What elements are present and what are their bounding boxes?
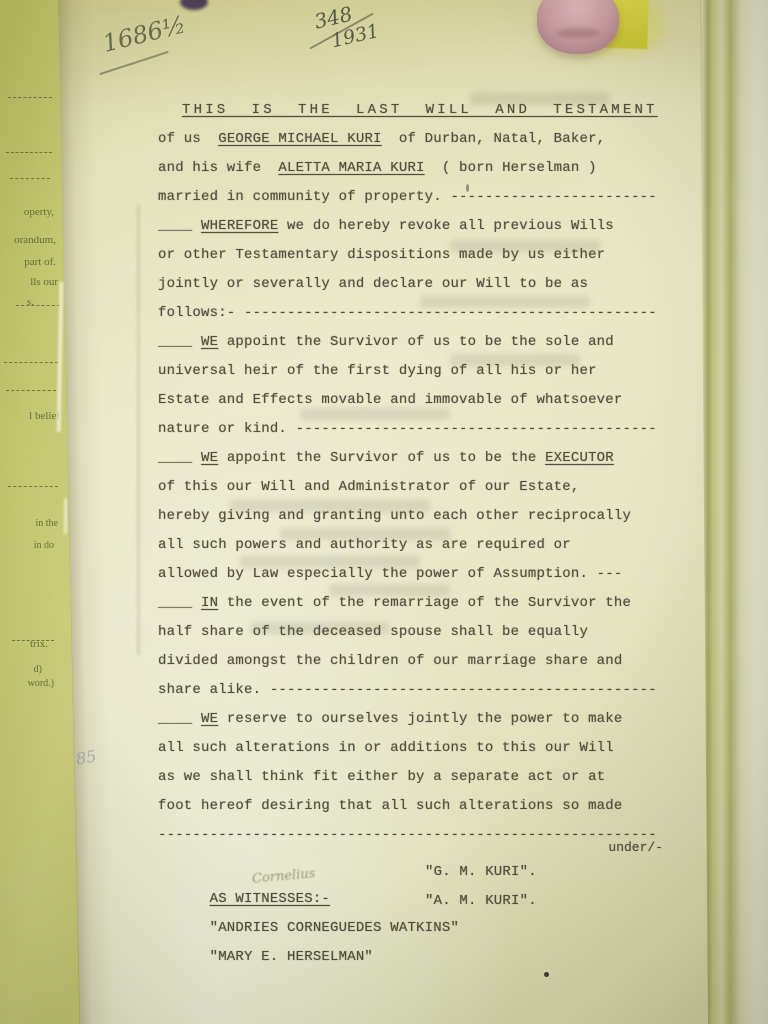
text-segment: ____	[158, 711, 201, 727]
signature-testatrix: "A. M. KURI".	[425, 887, 537, 916]
margin-fragment: in do	[0, 540, 54, 551]
will-line: as we shall think fit either by a separa…	[158, 763, 666, 792]
will-line: follows:- ------------------------------…	[158, 299, 666, 328]
finger-crease	[556, 28, 600, 38]
margin-fragment: orandum,	[0, 234, 56, 246]
text-segment: share alike. ---------------------------…	[158, 682, 657, 698]
will-line: foot hereof desiring that all such alter…	[158, 792, 666, 821]
text-segment: ____	[158, 595, 201, 611]
will-line: and his wife ALETTA MARIA KURI ( born He…	[158, 154, 666, 183]
document-photo: operty, orandum, part of. lls our s. l b…	[0, 0, 768, 1024]
margin-fragment: in the	[0, 518, 58, 529]
text-segment: as we shall think fit either by a separa…	[158, 769, 605, 785]
margin-fragment: d)	[0, 664, 42, 675]
will-line: share alike. ---------------------------…	[158, 676, 666, 705]
margin-fragment: l belief	[0, 410, 60, 422]
speck	[544, 972, 549, 977]
keyword: WE	[201, 711, 218, 727]
witness-name-2: "MARY E. HERSELMAN"	[210, 949, 373, 965]
text-segment: foot hereof desiring that all such alter…	[158, 798, 622, 814]
keyword-executor: EXECUTOR	[545, 450, 614, 466]
page-crease	[137, 205, 140, 655]
will-line: divided amongst the children of our marr…	[158, 647, 666, 676]
text-segment: reserve to ourselves jointly the power t…	[218, 711, 622, 727]
will-line: Estate and Effects movable and immovable…	[158, 386, 666, 415]
text-segment: appoint the Survivor of us to be the	[218, 450, 545, 466]
keyword: WE	[201, 334, 218, 350]
text-segment: ____	[158, 334, 201, 350]
signature-testator: "G. M. KURI".	[425, 858, 537, 887]
margin-rule	[10, 178, 50, 179]
will-line: ____ WE reserve to ourselves jointly the…	[158, 705, 666, 734]
text-segment: all such powers and authority as are req…	[158, 537, 571, 553]
text-segment: follows:- ------------------------------…	[158, 305, 657, 321]
text-segment: appoint the Survivor of us to be the sol…	[218, 334, 614, 350]
will-line: half share of the deceased spouse shall …	[158, 618, 666, 647]
testator-name: GEORGE MICHAEL KURI	[218, 131, 381, 147]
text-segment: of this our Will and Administrator of ou…	[158, 479, 579, 495]
keyword: WE	[201, 450, 218, 466]
text-segment: we do hereby revoke all previous Wills	[278, 218, 613, 234]
text-segment: universal heir of the first dying of all…	[158, 363, 597, 379]
witness-block: AS WITNESSES:- "G. M. KURI". "ANDRIES CO…	[158, 856, 666, 943]
text-segment: ( born Herselman )	[425, 160, 597, 176]
keyword: IN	[201, 595, 218, 611]
will-line: all such powers and authority as are req…	[158, 531, 666, 560]
will-line: all such alterations in or additions to …	[158, 734, 666, 763]
will-line: ____ WE appoint the Survivor of us to be…	[158, 444, 666, 473]
will-line: of this our Will and Administrator of ou…	[158, 473, 666, 502]
edge-tear	[64, 498, 67, 534]
text-segment: the event of the remarriage of the Survi…	[218, 595, 631, 611]
will-line: ____ WE appoint the Survivor of us to be…	[158, 328, 666, 357]
text-segment: allowed by Law especially the power of A…	[158, 566, 622, 582]
will-line: or other Testamentary dispositions made …	[158, 241, 666, 270]
text-segment: divided amongst the children of our marr…	[158, 653, 622, 669]
will-line: jointly or severally and declare our Wil…	[158, 270, 666, 299]
will-line: universal heir of the first dying of all…	[158, 357, 666, 386]
text-segment: jointly or severally and declare our Wil…	[158, 276, 588, 292]
will-text: THIS IS THE LAST WILL AND TESTAMENT of u…	[158, 96, 666, 850]
will-title-line: THIS IS THE LAST WILL AND TESTAMENT	[158, 96, 666, 125]
margin-fragment: part of.	[0, 256, 56, 268]
text-segment: ____	[158, 450, 201, 466]
text-segment: of Durban, Natal, Baker,	[382, 131, 606, 147]
text-segment: all such alterations in or additions to …	[158, 740, 614, 756]
will-line: ____ IN the event of the remarriage of t…	[158, 589, 666, 618]
catchword: under/-	[158, 840, 669, 855]
text-segment: ____	[158, 218, 201, 234]
margin-rule	[8, 486, 58, 487]
margin-rule	[6, 390, 56, 391]
witness-row: "MARY E. HERSELMAN"	[158, 914, 666, 943]
text-segment: half share of the deceased spouse shall …	[158, 624, 588, 640]
witness-row: "ANDRIES CORNEGUEDES WATKINS" "A. M. KUR…	[158, 885, 666, 914]
will-line: married in community of property. ------…	[158, 183, 666, 212]
testatrix-name: ALETTA MARIA KURI	[278, 160, 424, 176]
margin-fragment: s.	[0, 296, 34, 308]
text-segment: nature or kind. ------------------------…	[158, 421, 657, 437]
witness-row: AS WITNESSES:- "G. M. KURI".	[158, 856, 666, 885]
text-segment: Estate and Effects movable and immovable…	[158, 392, 622, 408]
will-line: hereby giving and granting unto each oth…	[158, 502, 666, 531]
text-segment: of us	[158, 131, 218, 147]
margin-rule	[6, 152, 52, 153]
text-segment: hereby giving and granting unto each oth…	[158, 508, 631, 524]
margin-fragment: lls our	[0, 276, 58, 288]
margin-fragment: word.)	[0, 678, 54, 689]
text-segment: or other Testamentary dispositions made …	[158, 247, 605, 263]
will-title: THIS IS THE LAST WILL AND TESTAMENT	[182, 102, 658, 118]
will-line: ____ WHEREFORE we do hereby revoke all p…	[158, 212, 666, 241]
will-line: allowed by Law especially the power of A…	[158, 560, 666, 589]
margin-fragment: trix.	[0, 638, 48, 650]
will-line: nature or kind. ------------------------…	[158, 415, 666, 444]
text-segment: and his wife	[158, 160, 278, 176]
keyword: WHEREFORE	[201, 218, 278, 234]
text-segment: married in community of property. ------…	[158, 189, 657, 205]
margin-fragment: operty,	[0, 206, 54, 218]
margin-rule	[8, 97, 52, 98]
will-line: of us GEORGE MICHAEL KURI of Durban, Nat…	[158, 125, 666, 154]
speck	[466, 184, 469, 192]
margin-rule	[4, 362, 58, 363]
handwritten-margin-mark: 85	[75, 746, 98, 768]
